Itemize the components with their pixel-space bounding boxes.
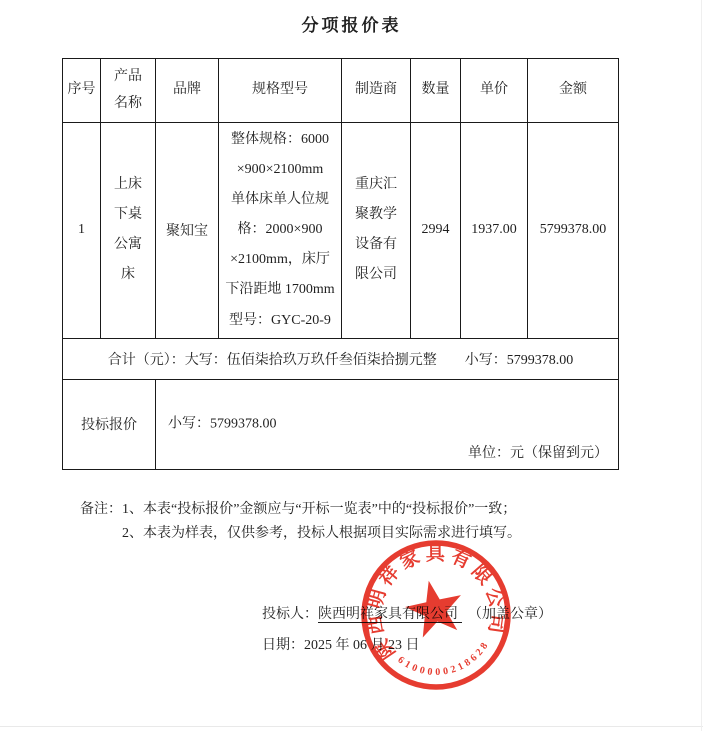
- bid-unit-note: 单位：元（保留到元）: [468, 442, 608, 462]
- bidder-name: 陕西明祥家具有限公司: [318, 607, 462, 623]
- bid-price-row: 投标报价 小写：5799378.00 单位：元（保留到元）: [63, 379, 619, 469]
- total-lowercase: 小写：5799378.00: [465, 353, 574, 368]
- total-row: 合计（元）：大写：伍佰柒拾玖万玖仟叁佰柒拾捌元整小写：5799378.00: [63, 338, 619, 379]
- table-header-row: 序号 产品 名称 品牌 规格型号 制造商 数量 单价 金额: [63, 59, 619, 123]
- col-header-product: 产品 名称: [101, 59, 156, 123]
- col-header-quantity: 数量: [411, 59, 461, 123]
- seal-note: （加盖公章）: [468, 607, 552, 622]
- document-page: 分项报价表 序号 产品 名称 品牌 规格型号 制造商 数量 单价 金额 1 上床…: [0, 0, 703, 731]
- cell-amount: 5799378.00: [528, 123, 619, 339]
- page-title: 分项报价表: [0, 11, 703, 36]
- col-header-manufacturer: 制造商: [342, 59, 411, 123]
- col-header-brand: 品牌: [156, 59, 219, 123]
- col-header-amount: 金额: [528, 59, 619, 123]
- date-label: 日期：: [262, 638, 304, 653]
- cell-no: 1: [63, 123, 101, 339]
- remark-line-1: 备注：1、本表“投标报价”金额应与“开标一览表”中的“投标报价”一致；: [80, 498, 521, 522]
- page-edge-bottom: [0, 726, 703, 727]
- cell-manufacturer: 重庆汇 聚教学 设备有 限公司: [342, 123, 411, 339]
- bidder-line: 投标人：陕西明祥家具有限公司（加盖公章）: [262, 599, 552, 630]
- date-value: 2025 年 06 月 23 日: [304, 638, 420, 653]
- table-row: 1 上床 下桌 公寓 床 聚知宝 整体规格：6000 ×900×2100mm 单…: [63, 123, 619, 339]
- page-edge-right: [701, 0, 702, 731]
- col-header-spec: 规格型号: [219, 59, 342, 123]
- remark-line-2: 2、本表为样表，仅供参考，投标人根据项目实际需求进行填写。: [122, 522, 521, 546]
- cell-total: 合计（元）：大写：伍佰柒拾玖万玖仟叁佰柒拾捌元整小写：5799378.00: [63, 338, 619, 379]
- bid-value-lowercase: 小写：5799378.00: [168, 413, 277, 433]
- bidder-label: 投标人：: [262, 607, 318, 622]
- col-header-no: 序号: [63, 59, 101, 123]
- quotation-table: 序号 产品 名称 品牌 规格型号 制造商 数量 单价 金额 1 上床 下桌 公寓…: [62, 58, 619, 470]
- cell-unit-price: 1937.00: [461, 123, 528, 339]
- cell-bid-value: 小写：5799378.00 单位：元（保留到元）: [156, 379, 619, 469]
- col-header-unit-price: 单价: [461, 59, 528, 123]
- cell-quantity: 2994: [411, 123, 461, 339]
- signature-block: 投标人：陕西明祥家具有限公司（加盖公章） 日期：2025 年 06 月 23 日: [262, 599, 552, 661]
- cell-product-name: 上床 下桌 公寓 床: [101, 123, 156, 339]
- cell-bid-label: 投标报价: [63, 379, 156, 469]
- remarks-block: 备注：1、本表“投标报价”金额应与“开标一览表”中的“投标报价”一致； 2、本表…: [80, 498, 521, 546]
- cell-spec-model: 整体规格：6000 ×900×2100mm 单体床单人位规 格：2000×900…: [219, 123, 342, 339]
- cell-brand: 聚知宝: [156, 123, 219, 339]
- date-line: 日期：2025 年 06 月 23 日: [262, 630, 552, 661]
- total-uppercase: 合计（元）：大写：伍佰柒拾玖万玖仟叁佰柒拾捌元整: [108, 353, 437, 368]
